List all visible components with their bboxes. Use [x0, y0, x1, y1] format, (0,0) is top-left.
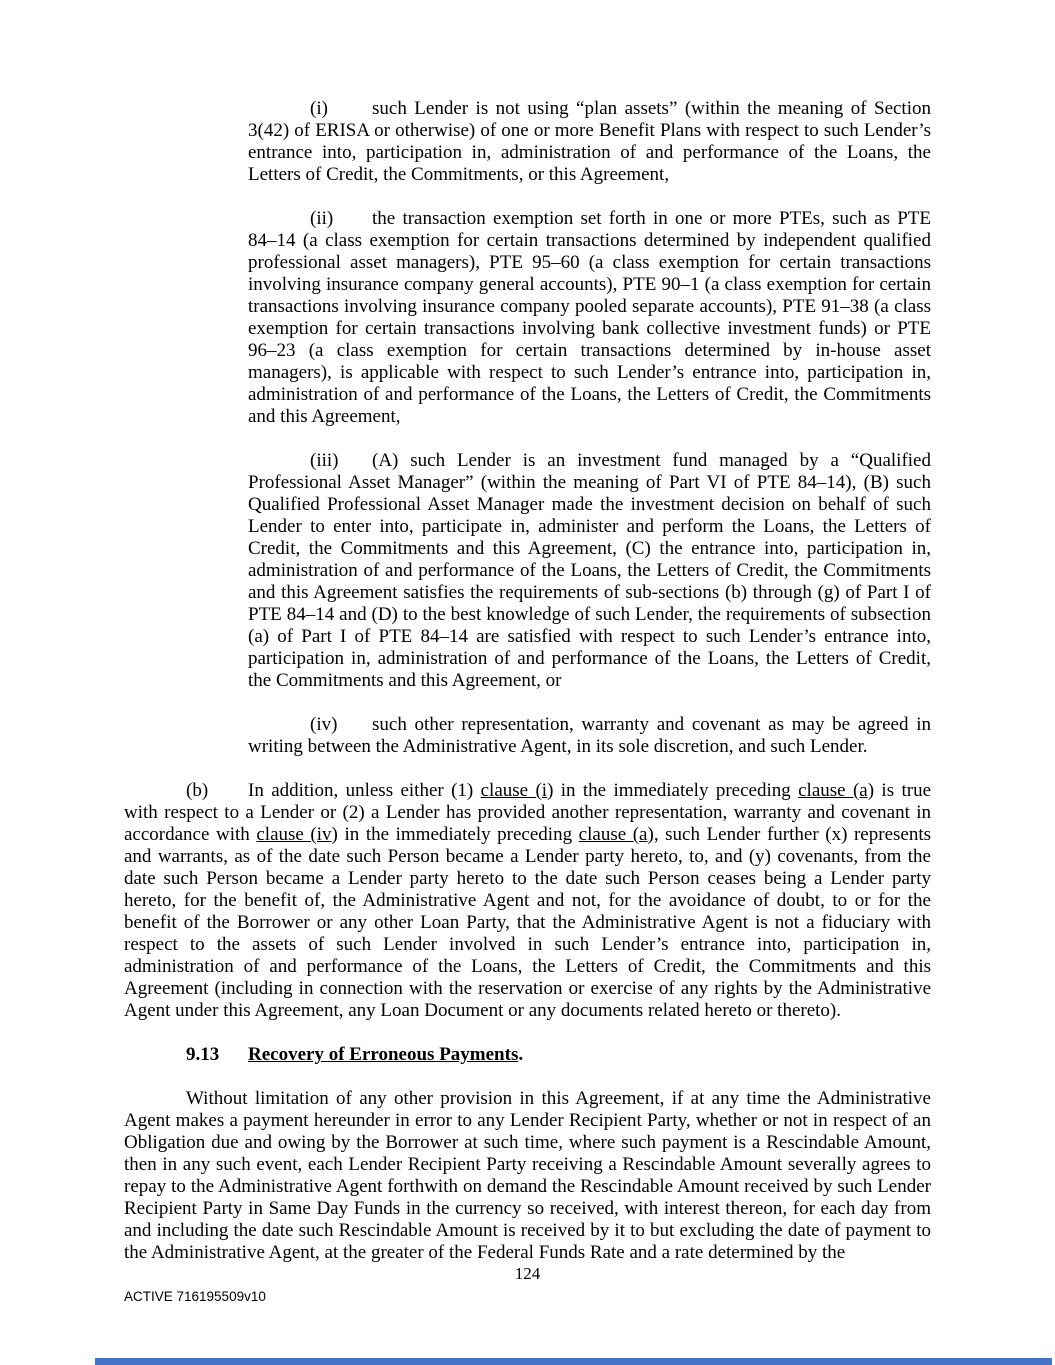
- section-title: Recovery of Erroneous Payments: [248, 1044, 518, 1065]
- clause-iv-label: (iv): [310, 714, 372, 736]
- section-title-period: .: [518, 1044, 523, 1065]
- paragraph-b: (b)In addition, unless either (1) clause…: [124, 780, 931, 1022]
- section-number: 9.13: [186, 1044, 248, 1066]
- section-heading-9-13: 9.13Recovery of Erroneous Payments.: [124, 1044, 931, 1066]
- clause-iv-paragraph: (iv)such other representation, warranty …: [248, 714, 931, 758]
- clause-i-label: (i): [310, 98, 372, 120]
- clause-ii-text: the transaction exemption set forth in o…: [248, 208, 931, 427]
- page-body: (i)such Lender is not using “plan assets…: [124, 98, 931, 1286]
- closing-paragraph: Without limitation of any other provisio…: [124, 1088, 931, 1264]
- paragraph-b-label: (b): [186, 780, 248, 802]
- paragraph-b-text: In addition, unless either (1) clause (i…: [124, 780, 931, 1021]
- clause-ii-paragraph: (ii)the transaction exemption set forth …: [248, 208, 931, 428]
- bottom-scrollbar[interactable]: [95, 1358, 1052, 1365]
- footer-doc-id: ACTIVE 716195509v10: [124, 1286, 266, 1308]
- document-page: (i)such Lender is not using “plan assets…: [0, 0, 1055, 1365]
- clause-ii-label: (ii): [310, 208, 372, 230]
- clause-iii-label: (iii): [310, 450, 372, 472]
- page-number: 124: [0, 1263, 1055, 1285]
- clause-iii-text: (A) such Lender is an investment fund ma…: [248, 450, 931, 691]
- closing-paragraph-text: Without limitation of any other provisio…: [124, 1088, 931, 1263]
- clause-iii-paragraph: (iii)(A) such Lender is an investment fu…: [248, 450, 931, 692]
- clause-i-paragraph: (i)such Lender is not using “plan assets…: [248, 98, 931, 186]
